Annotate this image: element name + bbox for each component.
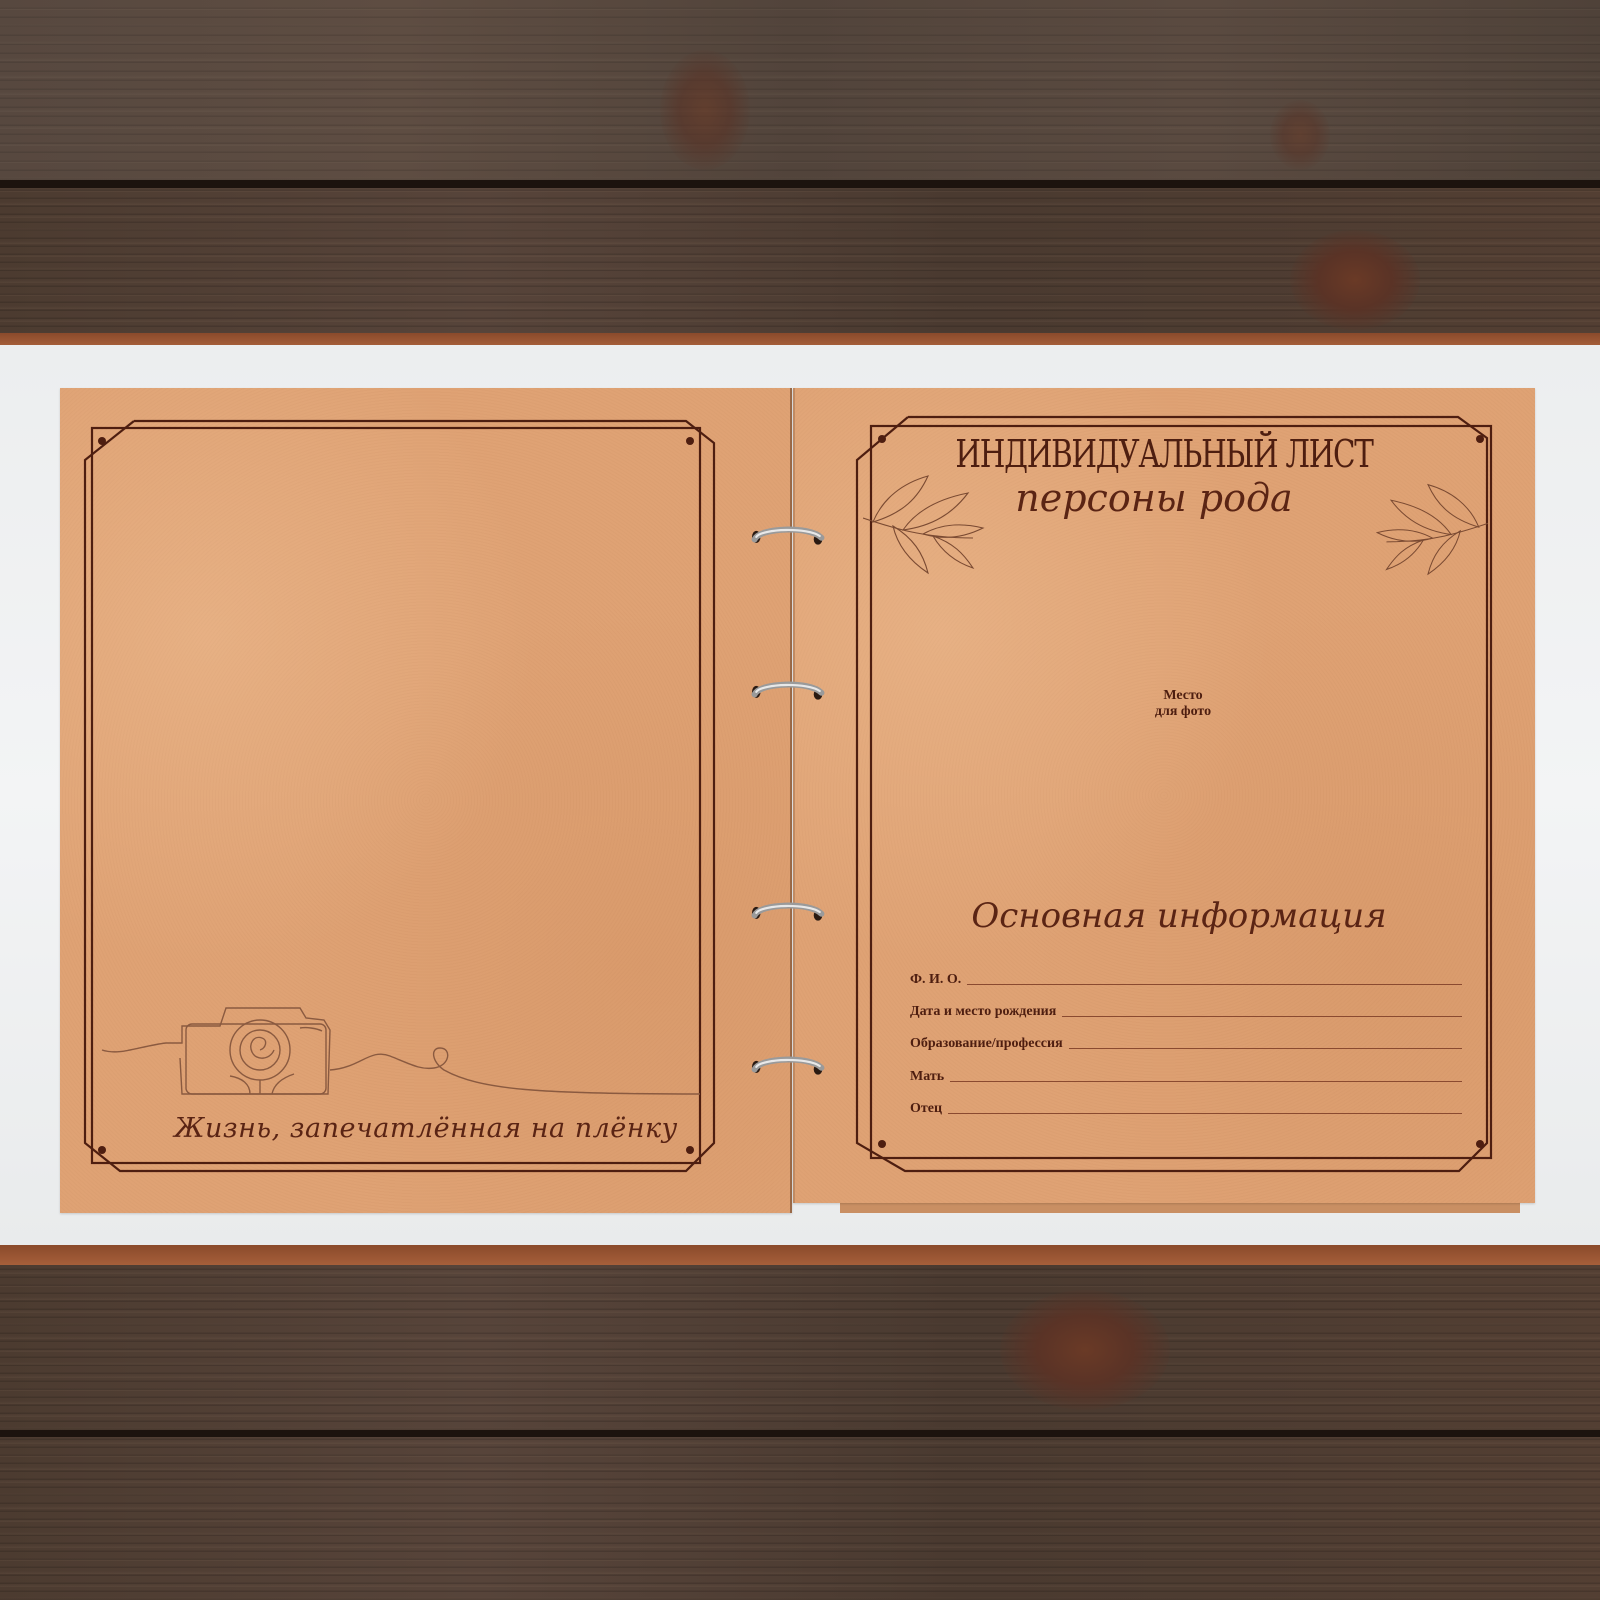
left-page-edge <box>790 388 792 1213</box>
wood-knot <box>660 50 750 170</box>
wood-plank-gap <box>0 180 1600 188</box>
field-label: Отец <box>910 1101 942 1117</box>
sheet-subtitle: персоны рода <box>943 476 1365 520</box>
field-father[interactable]: Отец <box>910 1097 1462 1117</box>
field-education-profession[interactable]: Образование/профессия <box>910 1032 1462 1052</box>
camera-icon <box>100 998 700 1108</box>
binder-ring-icon <box>748 679 828 703</box>
right-page: Индивидуальный лист персоны рода Место д… <box>793 388 1535 1203</box>
field-label: Образование/профессия <box>910 1036 1063 1052</box>
photo-placeholder-line1: Место <box>1103 688 1263 704</box>
binder-ring-icon <box>748 1054 828 1078</box>
sheet-title: Индивидуальный лист <box>927 432 1402 476</box>
field-input-line[interactable] <box>950 1081 1462 1082</box>
wood-plank-gap <box>0 1430 1600 1437</box>
field-full-name[interactable]: Ф. И. О. <box>910 968 1462 988</box>
field-label: Мать <box>910 1069 944 1085</box>
field-input-line[interactable] <box>1062 1016 1462 1017</box>
field-birth-date-place[interactable]: Дата и место рождения <box>910 1000 1462 1020</box>
field-input-line[interactable] <box>948 1113 1462 1114</box>
field-label: Дата и место рождения <box>910 1004 1056 1020</box>
photo-placeholder-label: Место для фото <box>1103 688 1263 720</box>
section-title: Основная информация <box>913 896 1445 936</box>
info-fields: Ф. И. О. Дата и место рождения Образован… <box>910 968 1462 1128</box>
wood-knot <box>1270 100 1330 170</box>
field-label: Ф. И. О. <box>910 972 961 988</box>
album-cover-edge-bottom <box>0 1245 1600 1265</box>
left-page: Жизнь, запечатлённая на плёнку <box>60 388 792 1213</box>
photo-placeholder-line2: для фото <box>1103 704 1263 720</box>
leaf-ornament-right-icon <box>1368 473 1488 583</box>
wood-plank-bottom-2 <box>0 1437 1600 1600</box>
binder-ring-icon <box>748 900 828 924</box>
wood-plank-bottom-1 <box>0 1265 1600 1430</box>
left-page-caption: Жизнь, запечатлённая на плёнку <box>100 1113 752 1144</box>
binder-ring-icon <box>748 524 828 548</box>
wood-knot <box>1290 230 1420 330</box>
field-input-line[interactable] <box>1069 1048 1462 1049</box>
field-mother[interactable]: Мать <box>910 1065 1462 1085</box>
field-input-line[interactable] <box>967 984 1462 985</box>
wood-knot <box>1000 1290 1170 1410</box>
wood-plank-top-1 <box>0 0 1600 180</box>
